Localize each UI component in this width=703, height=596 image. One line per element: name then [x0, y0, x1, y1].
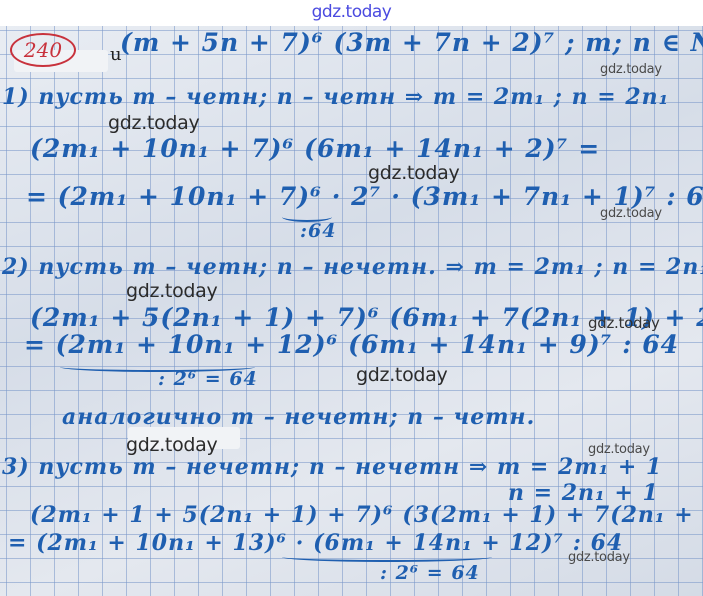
task-number: 240 [10, 33, 76, 67]
watermark: gdz.today [126, 434, 217, 456]
site-title[interactable]: gdz.today [0, 2, 703, 22]
watermark: gdz.today [108, 112, 199, 134]
header-bar: gdz.today [0, 0, 703, 26]
case2-line2: = (2m₁ + 10n₁ + 12)⁶ (6m₁ + 14n₁ + 9)⁷ :… [24, 330, 679, 359]
case2-condition: 2) пусть m – четн; n – нечетн. ⇒ m = 2m₁… [2, 254, 703, 280]
watermark: gdz.today [356, 364, 447, 386]
task-expression: (m + 5n + 7)⁶ (3m + 7n + 2)⁷ ; m; n ∈ N [120, 28, 703, 57]
watermark: gdz.today [600, 62, 662, 77]
case3-note: : 2⁶ = 64 [380, 562, 480, 584]
case2-note: : 2⁶ = 64 [158, 368, 258, 390]
watermark: gdz.today [568, 550, 630, 565]
watermark: gdz.today [126, 280, 217, 302]
brace [282, 552, 492, 562]
watermark: gdz.today [368, 162, 459, 184]
case3-condition: 3) пусть m – нечетн; n – нечетн ⇒ m = 2m… [2, 454, 662, 480]
watermark: gdz.today [600, 206, 662, 221]
case1-condition: 1) пусть m – четн; n – четн ⇒ m = 2m₁ ; … [2, 84, 669, 110]
case3-line1: (2m₁ + 1 + 5(2n₁ + 1) + 7)⁶ (3(2m₁ + 1) … [30, 502, 703, 528]
case1-line1: (2m₁ + 10n₁ + 7)⁶ (6m₁ + 14n₁ + 2)⁷ = [30, 134, 600, 163]
case1-note: :64 [300, 220, 336, 242]
